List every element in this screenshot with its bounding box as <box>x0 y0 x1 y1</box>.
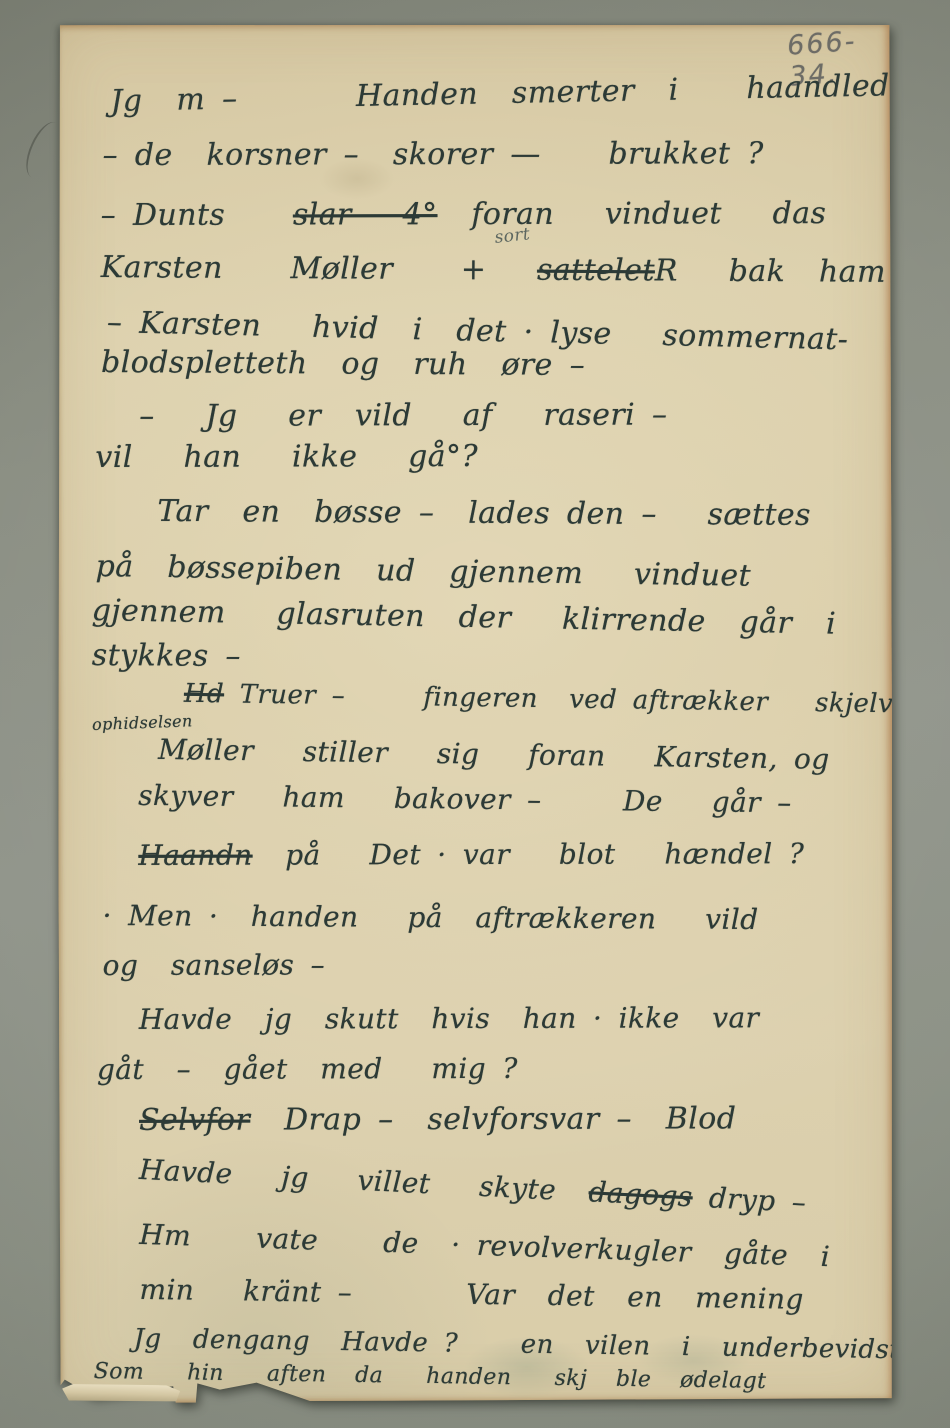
handwritten-words: – Jg er vild af raseri – <box>139 397 667 433</box>
handwritten-words: Tar en bøsse – lades den – sættes <box>157 494 811 533</box>
manuscript-line: Hd Truer – fingeren ved aftrækker skjelv… <box>184 681 950 719</box>
handwritten-words: stykkes – <box>92 638 241 674</box>
manuscript-line: skyver ham bakover – De går – <box>138 782 792 817</box>
handwritten-words: Truer – fingeren ved aftrækker skjelven … <box>224 679 950 720</box>
handwritten-words: og sanseløs – <box>103 948 325 982</box>
handwritten-words: skyver ham bakover – De går – <box>138 779 792 819</box>
manuscript-line: gjennem glasruten der klirrende går i <box>91 596 836 640</box>
handwritten-words: gåt – gået med mig ? <box>97 1052 518 1086</box>
manuscript-line: sort <box>494 226 531 247</box>
manuscript-line: Havde jg villet skyte dagogs dryp – <box>138 1156 806 1217</box>
manuscript-line: gåt – gået med mig ? <box>97 1055 518 1084</box>
manuscript-sheet: 666-34. Jg m – Handen smerter i haandled… <box>56 23 894 1403</box>
manuscript-line: – de korsner – skorer — brukket ? <box>103 139 764 171</box>
handwritten-words: min kränt – Var det en mening <box>139 1273 804 1316</box>
manuscript-line: Hm vate de · revolverkugler gåte i <box>139 1221 831 1271</box>
handwritten-words: Møller stiller sig foran Karsten, og <box>158 733 830 776</box>
struck-through-words: slar 4° <box>293 197 438 232</box>
handwritten-words: dryp – <box>692 1180 807 1219</box>
manuscript-text-block: Jg m – Handen smerter i haandledd som– d… <box>56 23 894 1403</box>
manuscript-line: Havde jg skutt hvis han · ikke var <box>139 1004 760 1034</box>
manuscript-line: Tar en bøsse – lades den – sættes <box>157 497 811 531</box>
handwritten-words: R bak ham – <box>655 253 919 290</box>
manuscript-line: og sanseløs – <box>103 951 325 980</box>
manuscript-line: Haandn på Det · var blot hændel ? <box>138 840 804 870</box>
handwritten-words: Havde jg villet skyte <box>138 1153 589 1208</box>
handwritten-words: · Men · handen på aftrækkeren vild <box>102 899 758 936</box>
handwritten-words: – Dunts <box>101 197 293 233</box>
photo-backdrop: 666-34. Jg m – Handen smerter i haandled… <box>0 0 950 1428</box>
handwritten-words: Karsten Møller + <box>101 250 537 288</box>
handwritten-words: ophidselsen <box>92 711 193 734</box>
manuscript-line: min kränt – Var det en mening <box>139 1276 804 1314</box>
struck-through-words: Selvfor <box>139 1103 250 1138</box>
handwritten-words: Drap – selvforsvar – Blod <box>250 1101 736 1137</box>
manuscript-line: blodspletteth og ruh øre – <box>101 348 585 381</box>
manuscript-line: stykkes – <box>92 641 241 672</box>
manuscript-line: Jg dengang Havde ? en vilen i underbevid… <box>133 1326 950 1365</box>
struck-through-words: sattelet <box>537 253 655 289</box>
manuscript-line: ophidselsen <box>92 713 193 733</box>
manuscript-line: Møller stiller sig foran Karsten, og <box>158 736 830 774</box>
struck-through-words: Haandn <box>138 839 252 872</box>
manuscript-line: – Dunts slar 4° foran vinduet das <box>101 199 827 231</box>
handwritten-words: på Det · var blot hændel ? <box>253 837 805 871</box>
manuscript-line: – Jg er vild af raseri – <box>139 400 667 431</box>
torn-corner-flap <box>62 1382 180 1403</box>
handwritten-words: på bøssepiben ud gjennem vinduet <box>95 549 751 594</box>
handwritten-words: Jg m – Handen smerter i haandledd som <box>110 66 950 119</box>
handwritten-words: gjennem glasruten der klirrende går i <box>91 593 836 642</box>
handwritten-words: blodspletteth og ruh øre – <box>101 345 585 383</box>
handwritten-words: sort <box>494 224 531 248</box>
manuscript-line: Karsten Møller + satteletR bak ham – <box>101 253 919 288</box>
handwritten-words: – de korsner – skorer — brukket ? <box>102 136 763 173</box>
manuscript-line: Jg m – Handen smerter i haandledd som <box>110 69 950 117</box>
manuscript-line: vil han ikke gå°? <box>95 442 478 473</box>
manuscript-line: Selvfor Drap – selvforsvar – Blod <box>139 1104 736 1136</box>
handwritten-words: vil han ikke gå°? <box>95 439 478 475</box>
struck-through-words: Hd <box>184 679 225 710</box>
handwritten-words: Havde jg skutt hvis han · ikke var <box>139 1001 760 1036</box>
handwritten-words: Jg dengang Havde ? en vilen i underbevid… <box>133 1324 950 1367</box>
handwritten-words: Hm vate de · revolverkugler gåte i <box>139 1218 831 1273</box>
manuscript-line: · Men · handen på aftrækkeren vild <box>102 902 758 934</box>
manuscript-line: på bøssepiben ud gjennem vinduet <box>95 552 751 592</box>
manuscript-line: Som hin aften da handen skj ble ødelagt <box>94 1361 767 1393</box>
struck-through-words: dagogs <box>588 1175 694 1213</box>
handwritten-words: Som hin aften da handen skj ble ødelagt <box>94 1359 767 1394</box>
